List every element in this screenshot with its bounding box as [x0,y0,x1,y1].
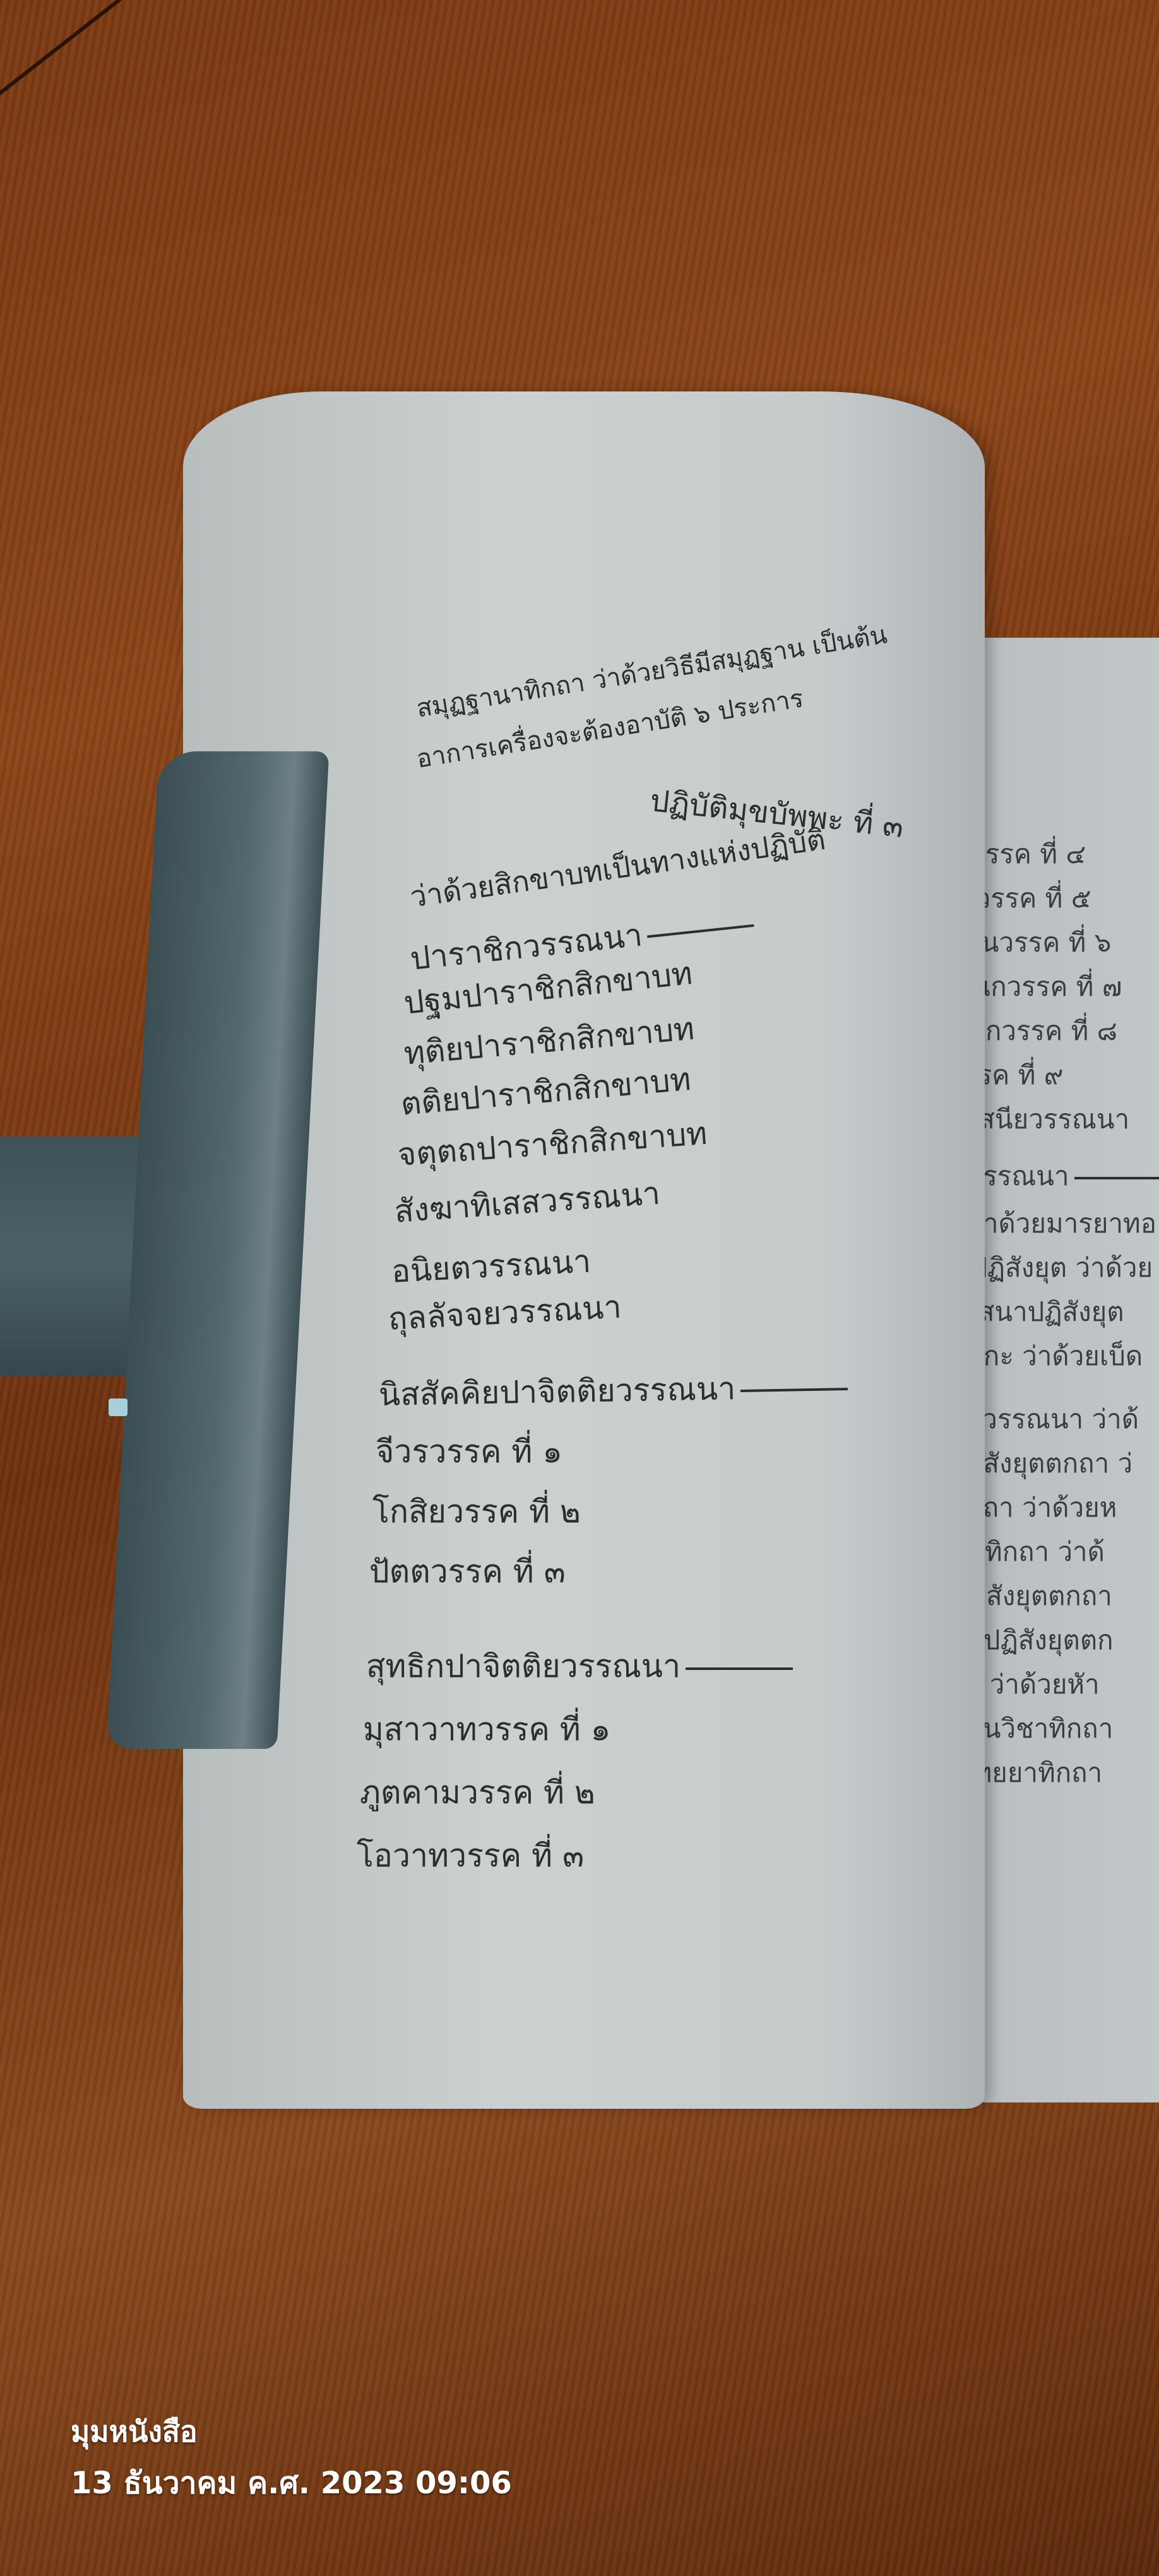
binder-clip-tab [109,1398,128,1416]
watermark-title: มุมหนังสือ [71,2409,198,2455]
section-heading: สุทธิกปาจิตติยวรรณนา [366,1642,793,1691]
section-item: มุสาวาทวรรค ที่ ๑ [363,1705,610,1755]
section-item: โกสิยวรรค ที่ ๒ [372,1487,581,1537]
section-item: โอวาทวรรค ที่ ๓ [357,1831,584,1881]
watermark-datetime: 13 ธันวาคม ค.ศ. 2023 09:06 [71,2459,512,2507]
section-item: ปัตตวรรค ที่ ๓ [369,1547,566,1597]
section-item: จีวรวรรค ที่ ๑ [376,1427,562,1477]
section-item: ภูตคามวรรค ที่ ๒ [360,1768,595,1818]
section-heading: นิสสัคคิยปาจิตติยวรรณนา [378,1362,848,1420]
